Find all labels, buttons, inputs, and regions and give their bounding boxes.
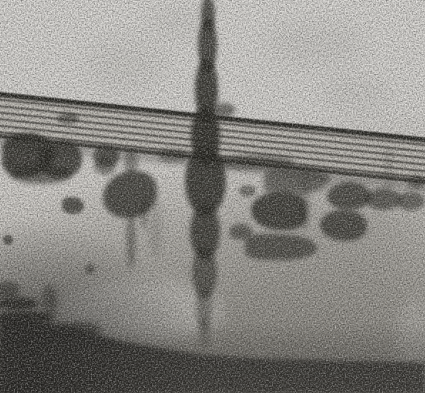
bottom-shadow-gradient	[0, 0, 425, 393]
halftone-photo	[0, 0, 425, 393]
